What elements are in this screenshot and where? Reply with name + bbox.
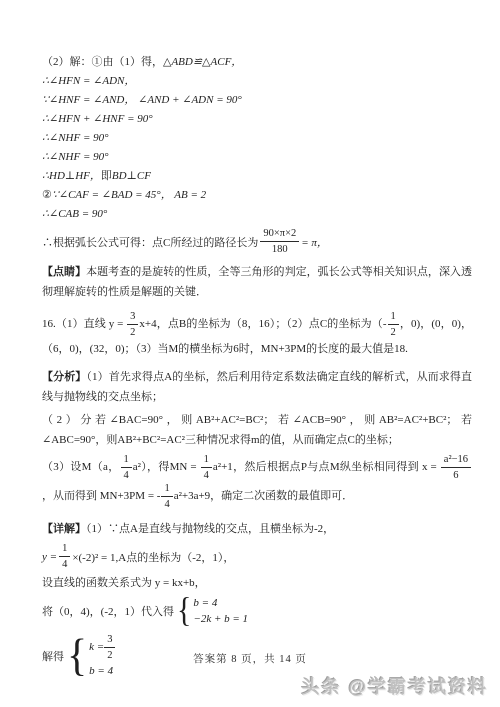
fenxi-text: （1）首先求得点A的坐标，然后利用待定系数法确定直线的解析式，从而求得直线与抛物… [42, 371, 472, 403]
substitution-text: 将（0，4)，(-2，1）代入得 [42, 603, 174, 619]
equation-stack: b = 4 −2k + b = 1 [193, 597, 248, 626]
line-equation-setup: 设直线的函数关系式为 y = kx+b， [42, 577, 472, 590]
fenxi-paragraph-1: 【分析】（1）首先求得点A的坐标，然后利用待定系数法确定直线的解析式，从而求得直… [42, 367, 472, 407]
step-text: ∴根据弧长公式可得：点C所经过的路径长为 [42, 234, 258, 250]
page-number-footer: 答案第 8 页，共 14 页 [0, 651, 500, 666]
dianjing-note: 【点睛】本题考查的是旋转的性质，全等三角形的判定，弧长公式等相关知识点，深入透彻… [42, 262, 472, 302]
fenxi-text: （3）设M（a， [42, 461, 120, 473]
solution-step-2: ∴∠HFN = ∠ADN， [42, 75, 472, 88]
fraction: a²−166 [441, 453, 471, 482]
arc-length-line: ∴根据弧长公式可得：点C所经过的路径长为 90×π×2180 = π， [42, 227, 472, 256]
fraction-numerator: 1 [121, 453, 132, 468]
answer-text: x+4，点B的坐标为（8，16）；（2）点C的坐标为（- [139, 318, 386, 330]
fraction-denominator: 2 [388, 325, 399, 339]
solution-step-1: （2）解：①由（1）得，△ABD≌△ACF， [42, 56, 472, 69]
fraction: 14 [121, 453, 132, 482]
fraction-denominator: 4 [121, 468, 132, 482]
equation: b = 4 [193, 597, 217, 610]
math-expression: y = [42, 551, 57, 563]
math-expression: ∵∠CAF = ∠BAD = 45°， AB = 2 [52, 189, 206, 201]
fenxi-text: a²+1，然后根据点P与点M纵坐标相同得到 x = [213, 461, 440, 473]
fraction: 14 [59, 542, 70, 571]
fraction: 14 [161, 482, 172, 511]
toutiao-watermark: 头条 @学霸考试资料 [301, 673, 488, 699]
derivation-line-y: y = 14 ×(-2)² = 1,A点的坐标为（-2，1）， [42, 542, 472, 571]
circled-two-marker: ② [42, 189, 52, 201]
dianjing-text: 本题考查的是旋转的性质，全等三角形的判定，弧长公式等相关知识点，深入透彻理解旋转… [42, 266, 472, 298]
fenxi-text: ，从而得到 MN+3PM = - [42, 490, 160, 502]
solution-step-6: ∴∠NHF = 90° [42, 151, 472, 164]
solution-step-5: ∴∠NHF = 90° [42, 132, 472, 145]
fraction-denominator: 6 [441, 468, 471, 482]
fraction-numerator: 3 [127, 310, 138, 325]
xiangjie-paragraph: 【详解】（1）∵点A是直线与抛物线的交点，且横坐标为-2， [42, 519, 472, 539]
math-expression: ∴HD⊥HF， [42, 170, 101, 182]
fraction-denominator: 4 [59, 557, 70, 571]
fraction-numerator: 1 [201, 453, 212, 468]
answer-sheet-page: （2）解：①由（1）得，△ABD≌△ACF， ∴∠HFN = ∠ADN， ∵∠H… [0, 0, 500, 707]
solution-step-9: ∴∠CAB = 90° [42, 208, 472, 221]
fraction: 32 [127, 310, 138, 339]
fraction-denominator: 4 [161, 497, 172, 511]
fraction-numerator: 1 [161, 482, 172, 497]
fraction: 12 [388, 310, 399, 339]
fraction-denominator: 4 [201, 468, 212, 482]
xiangjie-label: 【详解】 [42, 523, 86, 535]
solution-step-4: ∴∠HFN + ∠HNF = 90° [42, 113, 472, 126]
step-text: 即 [101, 170, 112, 182]
math-expression: △ABD≌△ACF， [163, 56, 242, 68]
answer-text: 16.（1）直线 y = [42, 318, 126, 330]
fenxi-paragraph-3: （3）设M（a，14a²），得MN = 14a²+1，然后根据点P与点M纵坐标相… [42, 453, 472, 511]
page-content: （2）解：①由（1）得，△ABD≌△ACF， ∴∠HFN = ∠ADN， ∵∠H… [42, 56, 472, 685]
fraction-numerator: a²−16 [441, 453, 471, 468]
equation: −2k + b = 1 [193, 613, 248, 626]
left-brace: { [177, 594, 191, 629]
equation-system: { b = 4 −2k + b = 1 [177, 596, 248, 626]
substitution-system-line: 将（0，4)，(-2，1）代入得 { b = 4 −2k + b = 1 [42, 596, 472, 626]
solution-step-3: ∵∠HNF = ∠AND， ∠AND + ∠ADN = 90° [42, 94, 472, 107]
fenxi-label: 【分析】 [42, 371, 86, 383]
fraction-numerator: 3 [104, 633, 115, 648]
q16-answer: 16.（1）直线 y = 32x+4，点B的坐标为（8，16）；（2）点C的坐标… [42, 310, 472, 359]
step-text: （2）解：①由（1）得， [42, 56, 163, 68]
math-expression: = π， [301, 234, 328, 250]
fraction-denominator: 180 [260, 242, 299, 256]
solution-step-7: ∴HD⊥HF，即BD⊥CF [42, 170, 472, 183]
equation: b = 4 [89, 665, 113, 678]
fraction: 90×π×2180 [260, 227, 299, 256]
fraction-numerator: 1 [59, 542, 70, 557]
fraction-numerator: 1 [388, 310, 399, 325]
fraction-denominator: 2 [127, 325, 138, 339]
dianjing-label: 【点睛】 [42, 266, 86, 278]
fenxi-text: a²），得MN = [133, 461, 200, 473]
fenxi-text: a²+3a+9，确定二次函数的最值即可． [174, 490, 353, 502]
xiangjie-text: （1）∵点A是直线与抛物线的交点，且横坐标为-2， [86, 523, 334, 535]
math-expression: BD⊥CF [112, 170, 151, 182]
fraction: 14 [201, 453, 212, 482]
derivation-text: ×(-2)² = 1,A点的坐标为（-2，1）， [72, 549, 234, 565]
solution-step-8: ②∵∠CAF = ∠BAD = 45°， AB = 2 [42, 189, 472, 202]
fenxi-paragraph-2: （2）分若∠BAC=90°，则AB²+AC²=BC²；若∠ACB=90°，则AB… [42, 410, 472, 450]
fraction-numerator: 90×π×2 [260, 227, 299, 242]
